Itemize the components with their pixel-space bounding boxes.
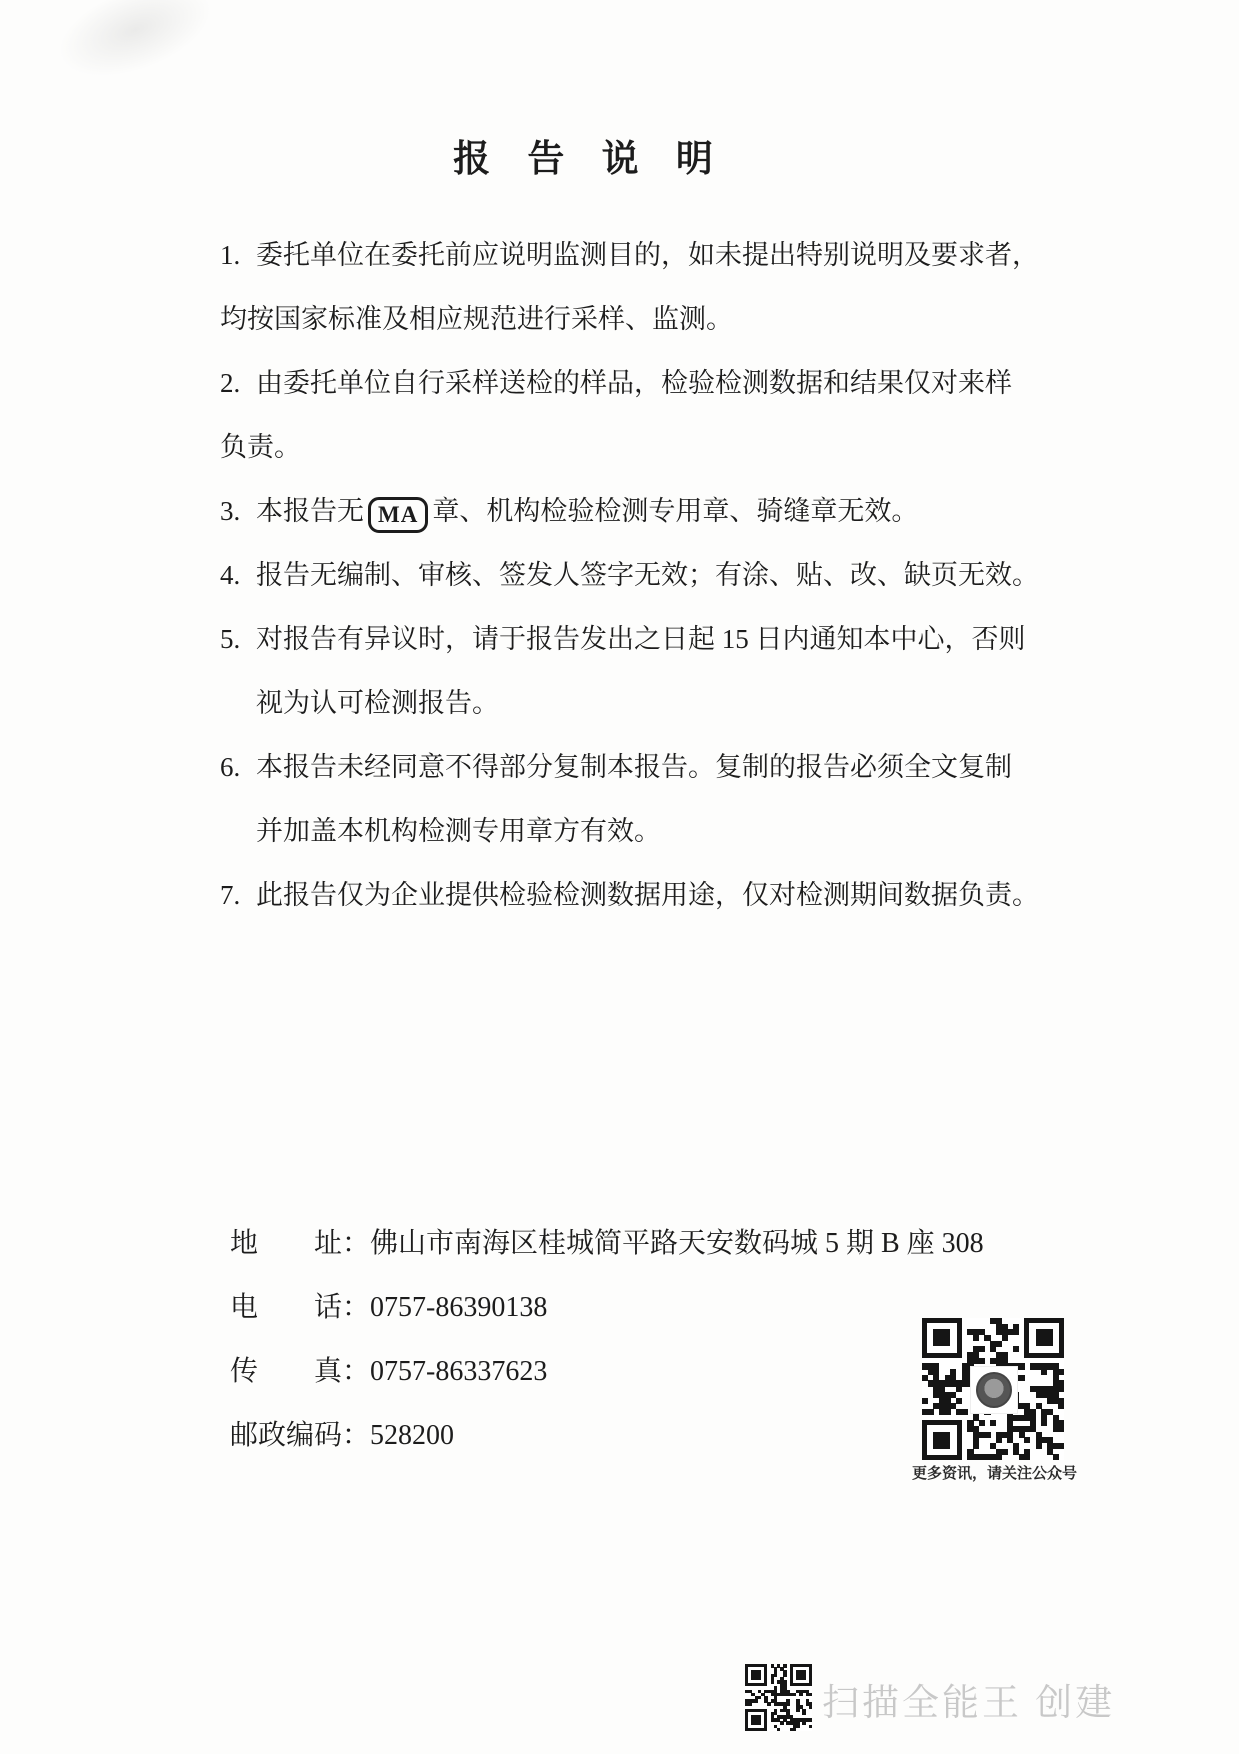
note-text: 由委托单位自行采样送检的样品，检验检测数据和结果仅对来样	[256, 368, 1012, 398]
scan-artifact	[46, 0, 224, 95]
phone-label-part: 电	[230, 1276, 258, 1340]
address-label-part: 址：	[314, 1212, 370, 1276]
note-number: 5.	[220, 607, 256, 671]
fax-label-part: 真：	[314, 1340, 370, 1404]
camscanner-watermark: 扫描全能王 创建	[822, 1672, 1115, 1726]
note-number: 4.	[220, 543, 256, 607]
note-text: 本报告未经同意不得部分复制本报告。复制的报告必须全文复制	[256, 752, 1012, 782]
fax-row: 传真：0757-86337623	[230, 1340, 930, 1404]
phone-row: 电话：0757-86390138	[230, 1276, 930, 1340]
qr-center-logo	[970, 1366, 1018, 1414]
note-text: 负责。	[220, 432, 301, 462]
note-number: 7.	[220, 863, 256, 927]
note-number: 2.	[220, 351, 256, 415]
camscanner-qr-code	[745, 1664, 812, 1731]
note-text: 并加盖本机构检测专用章方有效。	[256, 816, 661, 846]
cma-mark-badge: MA	[368, 497, 428, 533]
seal-icon	[976, 1372, 1012, 1408]
qr-caption: 更多资讯，请关注公众号	[912, 1462, 1074, 1483]
fax-label: 传真：	[230, 1340, 370, 1404]
note-item-2-line-2: 负责。	[220, 415, 1030, 479]
note-item-6-line-2: 并加盖本机构检测专用章方有效。	[220, 799, 1030, 863]
phone-value: 0757-86390138	[370, 1292, 547, 1323]
note-item-4: 4.报告无编制、审核、签发人签字无效；有涂、贴、改、缺页无效。	[220, 543, 1030, 607]
note-text: 报告无编制、审核、签发人签字无效；有涂、贴、改、缺页无效。	[256, 560, 1039, 590]
address-label: 地址：	[230, 1212, 370, 1276]
note-item-1-line-2: 均按国家标准及相应规范进行采样、监测。	[220, 287, 1030, 351]
fax-label-part: 传	[230, 1340, 258, 1404]
note-item-1-line-1: 1.委托单位在委托前应说明监测目的，如未提出特别说明及要求者，	[220, 223, 1030, 287]
postal-label: 邮政编码：	[230, 1420, 370, 1451]
note-text: 委托单位在委托前应说明监测目的，如未提出特别说明及要求者，	[256, 240, 1039, 270]
contact-info-block: 地址：佛山市南海区桂城简平路天安数码城 5 期 B 座 308 电话：0757-…	[230, 1212, 930, 1468]
note-number: 3.	[220, 479, 256, 543]
note-item-5-line-1: 5.对报告有异议时，请于报告发出之日起 15 日内通知本中心，否则	[220, 607, 1030, 671]
note-text: 均按国家标准及相应规范进行采样、监测。	[220, 304, 733, 334]
phone-label-part: 话：	[314, 1276, 370, 1340]
note-number: 6.	[220, 735, 256, 799]
address-label-part: 地	[230, 1212, 258, 1276]
note-item-7: 7.此报告仅为企业提供检验检测数据用途，仅对检测期间数据负责。	[220, 863, 1030, 927]
note-text: 此报告仅为企业提供检验检测数据用途，仅对检测期间数据负责。	[256, 880, 1039, 910]
note-text: 本报告无	[256, 496, 364, 526]
postal-row: 邮政编码：528200	[230, 1404, 930, 1468]
phone-label: 电话：	[230, 1276, 370, 1340]
postal-value: 528200	[370, 1420, 454, 1451]
note-item-6-line-1: 6.本报告未经同意不得部分复制本报告。复制的报告必须全文复制	[220, 735, 1030, 799]
note-item-3: 3.本报告无MA章、机构检验检测专用章、骑缝章无效。	[220, 479, 1030, 543]
scanned-report-page: 报 告 说 明 1.委托单位在委托前应说明监测目的，如未提出特别说明及要求者， …	[0, 0, 1239, 1754]
wechat-qr-code	[922, 1318, 1064, 1460]
report-notes-list: 1.委托单位在委托前应说明监测目的，如未提出特别说明及要求者， 均按国家标准及相…	[220, 223, 1030, 927]
note-text: 章、机构检验检测专用章、骑缝章无效。	[432, 496, 918, 526]
note-item-2-line-1: 2.由委托单位自行采样送检的样品，检验检测数据和结果仅对来样	[220, 351, 1030, 415]
page-title: 报 告 说 明	[0, 128, 1180, 182]
address-value: 佛山市南海区桂城简平路天安数码城 5 期 B 座 308	[370, 1228, 984, 1259]
note-text: 对报告有异议时，请于报告发出之日起 15 日内通知本中心，否则	[256, 624, 1026, 654]
note-text: 视为认可检测报告。	[256, 688, 499, 718]
note-item-5-line-2: 视为认可检测报告。	[220, 671, 1030, 735]
fax-value: 0757-86337623	[370, 1356, 547, 1387]
address-row: 地址：佛山市南海区桂城简平路天安数码城 5 期 B 座 308	[230, 1212, 930, 1276]
note-number: 1.	[220, 223, 256, 287]
